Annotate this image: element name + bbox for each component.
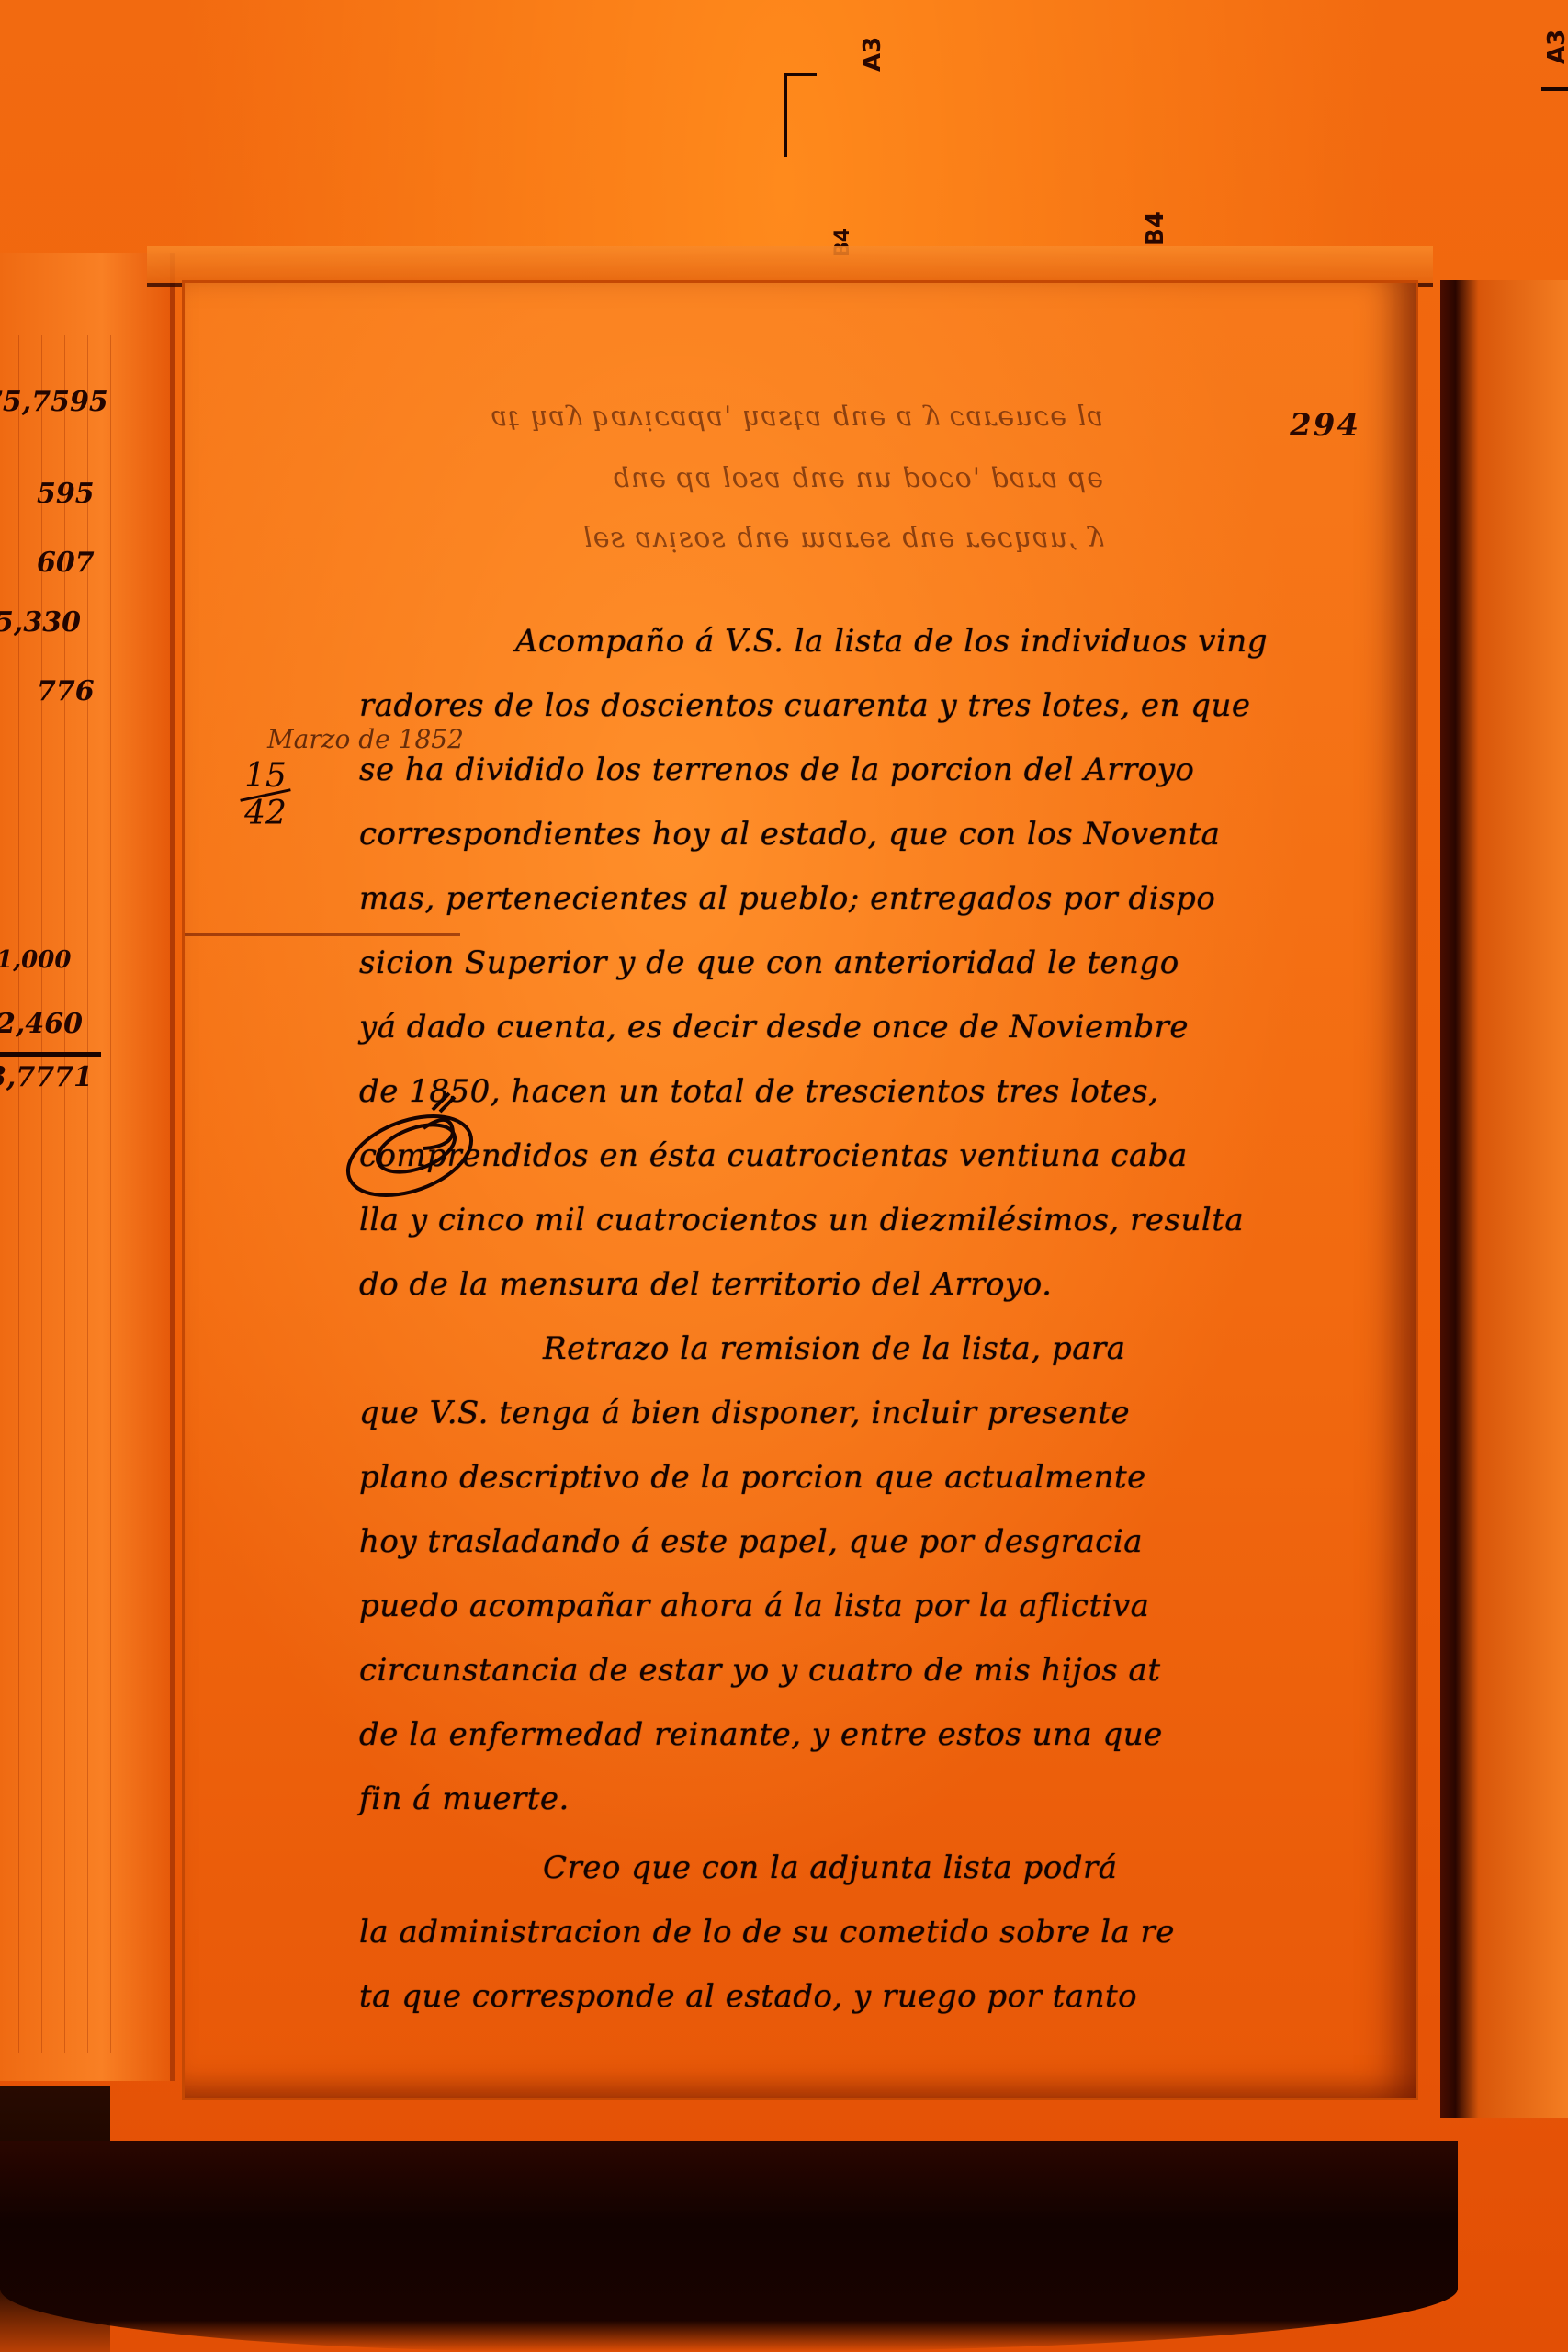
manuscript-line: que V.S. tenga á bien disponer, incluir … [359,1395,1130,1431]
crop-mark-right [1541,87,1568,91]
manuscript-line: de 1850, hacen un total de trescientos t… [359,1073,1158,1110]
manuscript-line: la administracion de lo de su cometido s… [359,1914,1175,1951]
margin-rule [185,933,460,936]
bleed-through-text: ɐl ǝɔuǝɹɐɔ ʎ ɐ ǝnb ɐʇsɐɥ 'ɐpɐɔᴉʌɐq ʎɐɥ ʇ… [258,401,1103,433]
manuscript-line: puedo acompañar ahora á la lista por la … [359,1588,1149,1624]
ledger-figure: 1,000 [0,946,71,974]
ledger-sum-line [0,1052,101,1057]
calibration-label-a3: A3 [859,37,886,72]
manuscript-line: circunstancia de estar yo y cuatro de mi… [359,1652,1160,1689]
fraction-denominator: 42 [244,795,287,832]
ledger-figure: 776 [37,675,95,707]
ledger-figure: 75,7595 [0,386,108,418]
manuscript-line: Retrazo la remision de la lista, para [543,1330,1125,1367]
margin-folio-fraction: 15 42 [240,759,291,831]
crop-mark-corner-vertical [784,73,787,157]
manuscript-line: de la enfermedad reinante, y entre estos… [359,1716,1163,1753]
ledger-total: 3,7771 [0,1061,93,1093]
ledger-figure: 595 [37,478,95,510]
folio-number: 294 [1290,407,1360,444]
book-shadow-bottom [0,2141,1458,2352]
manuscript-line: hoy trasladando á este papel, que por de… [359,1523,1143,1560]
crop-mark-corner-horizontal [784,73,817,76]
ledger-figure: 607 [37,547,95,579]
manuscript-line: do de la mensura del territorio del Arro… [359,1266,1052,1303]
calibration-label-a3-right: A3 [1543,29,1568,64]
facing-ledger-page: 75,7595 595 607 5,330 776 1,000 2,460 3,… [0,253,175,2081]
manuscript-line: ta que corresponde al estado, y ruego po… [359,1978,1137,2015]
manuscript-line: comprendidos en ésta cuatrocientas venti… [359,1137,1188,1174]
manuscript-line: sicion Superior y de que con anteriorida… [359,944,1179,981]
manuscript-line: se ha dividido los terrenos de la porcio… [359,752,1194,788]
margin-date-note: Marzo de 1852 [267,724,464,754]
manuscript-line: correspondientes hoy al estado, que con … [359,816,1220,853]
manuscript-line: Acompaño á V.S. la lista de los individu… [515,623,1268,660]
bleed-through-text: ʎ ,uɐɥɔǝɹ ǝnb sǝɹɐɯ ǝnb sosᴉʌɐ sǝl [258,522,1103,554]
manuscript-line: Creo que con la adjunta lista podrá [543,1849,1118,1886]
manuscript-line: lla y cinco mil cuatrocientos un diezmil… [359,1202,1244,1238]
manuscript-line: mas, pertenecientes al pueblo; entregado… [359,880,1215,917]
manuscript-line: yá dado cuenta, es decir desde once de N… [359,1009,1189,1046]
book-board-edge [1440,280,1568,2118]
ledger-figure: 2,460 [0,1008,83,1040]
calibration-label-b4-right: B4 [1142,211,1169,246]
bleed-through-text: ǝp ɐɹɐd 'oɔod un ǝnb ɐsol ɐp ǝnb [258,462,1103,494]
ledger-figure: 5,330 [0,606,81,639]
manuscript-line: radores de los doscientos cuarenta y tre… [359,687,1251,724]
manuscript-page: 294 ɐl ǝɔuǝɹɐɔ ʎ ɐ ǝnb ɐʇsɐɥ 'ɐpɐɔᴉʌɐq ʎ… [182,280,1418,2100]
manuscript-line: fin á muerte. [359,1781,570,1817]
manuscript-line: plano descriptivo de la porcion que actu… [359,1459,1146,1496]
fraction-numerator: 15 [244,757,287,795]
